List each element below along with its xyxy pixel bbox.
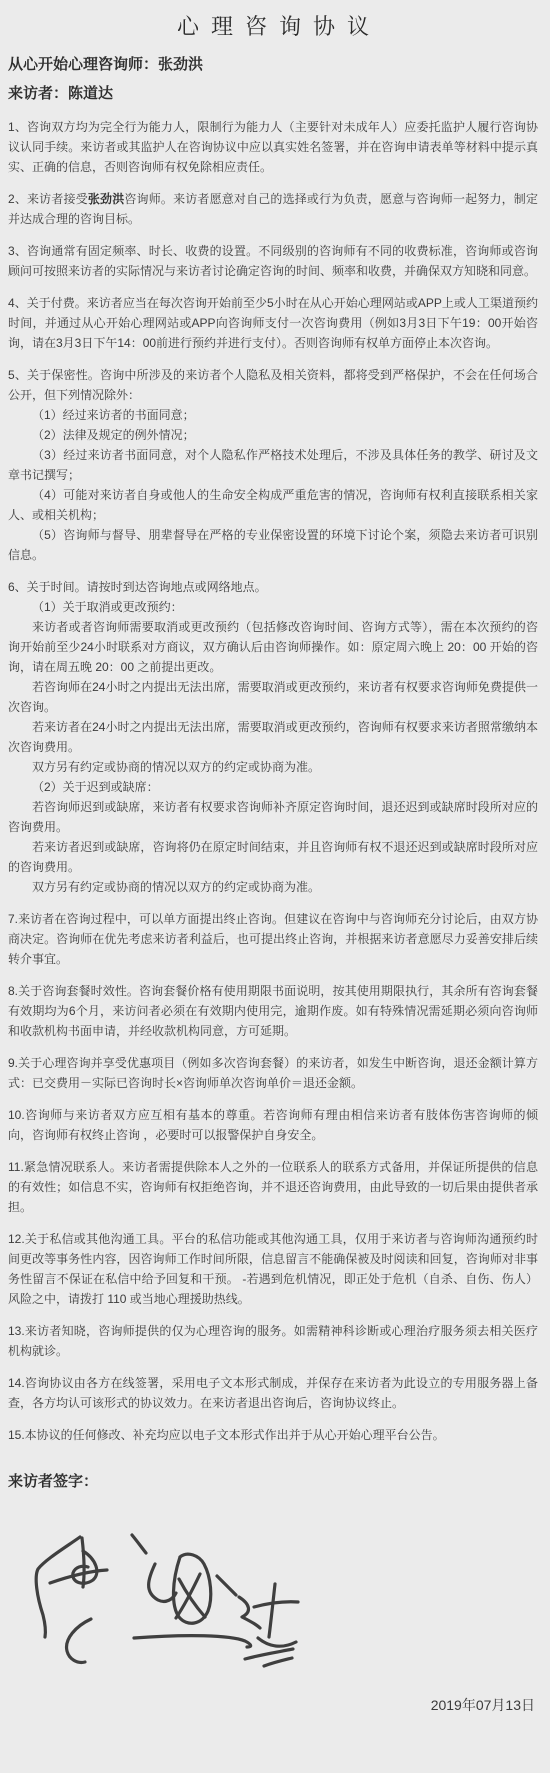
clause-paragraph-11: 6、关于时间。请按时到达咨询地点或网络地点。 bbox=[8, 577, 538, 597]
clause-paragraph-23: 9.关于心理咨询并享受优惠项目（例如多次咨询套餐）的来访者，如发生中断咨询，退还… bbox=[8, 1053, 538, 1093]
date-line: 2019年07月13日 bbox=[8, 1695, 538, 1715]
clause-paragraph-1: 1、咨询双方均为完全行为能力人，限制行为能力人（主要针对未成年人）应委托监护人履… bbox=[8, 117, 538, 177]
clause-paragraph-10: （5）咨询师与督导、朋辈督导在严格的专业保密设置的环境下讨论个案，须隐去来访者可… bbox=[8, 525, 538, 565]
clause-paragraph-8: （3）经过来访者书面同意，对个人隐私作严格技术处理后，不涉及具体任务的教学、研讨… bbox=[8, 445, 538, 485]
clauses: 1、咨询双方均为完全行为能力人，限制行为能力人（主要针对未成年人）应委托监护人履… bbox=[8, 117, 538, 1445]
clause-paragraph-22: 8.关于咨询套餐时效性。咨询套餐价格有使用期限书面说明，按其使用期限执行，其余所… bbox=[8, 981, 538, 1041]
visitor-label: 来访者： bbox=[8, 85, 68, 102]
clause-paragraph-26: 12.关于私信或其他沟通工具。平台的私信功能或其他沟通工具，仅用于来访者与咨询师… bbox=[8, 1229, 538, 1309]
clause-paragraph-5: 5、关于保密性。咨询中所涉及的来访者个人隐私及相关资料，都将受到严格保护，不会在… bbox=[8, 365, 538, 405]
clause-paragraph-6: （1）经过来访者的书面同意； bbox=[8, 405, 538, 425]
visitor-signature bbox=[12, 1507, 538, 1683]
clause-paragraph-14: 若咨询师在24小时之内提出无法出席，需要取消或更改预约，来访者有权要求咨询师免费… bbox=[8, 677, 538, 717]
clause-paragraph-3: 3、咨询通常有固定频率、时长、收费的设置。不同级别的咨询师有不同的收费标准，咨询… bbox=[8, 241, 538, 281]
clause-paragraph-9: （4）可能对来访者自身或他人的生命安全构成严重危害的情况，咨询师有权利直接联系相… bbox=[8, 485, 538, 525]
signature-label: 来访者签字： bbox=[8, 1471, 538, 1493]
clause-paragraph-15: 若来访者在24小时之内提出无法出席，需要取消或更改预约，咨询师有权要求来访者照常… bbox=[8, 717, 538, 757]
clause-paragraph-20: 双方另有约定或协商的情况以双方的约定或协商为准。 bbox=[8, 877, 538, 897]
clause-paragraph-4: 4、关于付费。来访者应当在每次咨询开始前至少5小时在从心开始心理网站或APP上或… bbox=[8, 293, 538, 353]
clause-paragraph-12: （1）关于取消或更改预约： bbox=[8, 597, 538, 617]
clause-paragraph-24: 10.咨询师与来访者双方应互相有基本的尊重。若咨询师有理由相信来访者有肢体伤害咨… bbox=[8, 1105, 538, 1145]
clause-paragraph-2: 2、来访者接受张劲洪咨询师。来访者愿意对自己的选择或行为负责，愿意与咨询师一起努… bbox=[8, 189, 538, 229]
counselor-name: 张劲洪 bbox=[158, 56, 203, 73]
visitor-line: 来访者：陈道达 bbox=[8, 83, 538, 105]
clause-paragraph-19: 若来访者迟到或缺席，咨询将仍在原定时间结束，并且咨询师有权不退还迟到或缺席时段所… bbox=[8, 837, 538, 877]
agreement-document: 心理咨询协议 从心开始心理咨询师：张劲洪 来访者：陈道达 1、咨询双方均为完全行… bbox=[0, 0, 550, 1773]
clause-paragraph-25: 11.紧急情况联系人。来访者需提供除本人之外的一位联系人的联系方式备用，并保证所… bbox=[8, 1157, 538, 1217]
clause-paragraph-16: 双方另有约定或协商的情况以双方的约定或协商为准。 bbox=[8, 757, 538, 777]
clause-paragraph-17: （2）关于迟到或缺席： bbox=[8, 777, 538, 797]
counselor-line: 从心开始心理咨询师：张劲洪 bbox=[8, 54, 538, 76]
clause-paragraph-18: 若咨询师迟到或缺席，来访者有权要求咨询师补齐原定咨询时间，退还迟到或缺席时段所对… bbox=[8, 797, 538, 837]
clause-paragraph-21: 7.来访者在咨询过程中，可以单方面提出终止咨询。但建议在咨询中与咨询师充分讨论后… bbox=[8, 909, 538, 969]
clause-paragraph-27: 13.来访者知晓，咨询师提供的仅为心理咨询的服务。如需精神科诊断或心理治疗服务须… bbox=[8, 1321, 538, 1361]
visitor-name: 陈道达 bbox=[68, 85, 113, 102]
clause-paragraph-13: 来访者或者咨询师需要取消或更改预约（包括修改咨询时间、咨询方式等），需在本次预约… bbox=[8, 617, 538, 677]
clause-paragraph-7: （2）法律及规定的例外情况； bbox=[8, 425, 538, 445]
document-title: 心理咨询协议 bbox=[8, 12, 538, 42]
visitor-signature-image bbox=[12, 1507, 312, 1683]
clause-paragraph-28: 14.咨询协议由各方在线签署，采用电子文本形式制成，并保存在来访者为此设立的专用… bbox=[8, 1373, 538, 1413]
clause-paragraph-29: 15.本协议的任何修改、补充均应以电子文本形式作出并于从心开始心理平台公告。 bbox=[8, 1425, 538, 1445]
counselor-label: 从心开始心理咨询师： bbox=[8, 56, 158, 73]
